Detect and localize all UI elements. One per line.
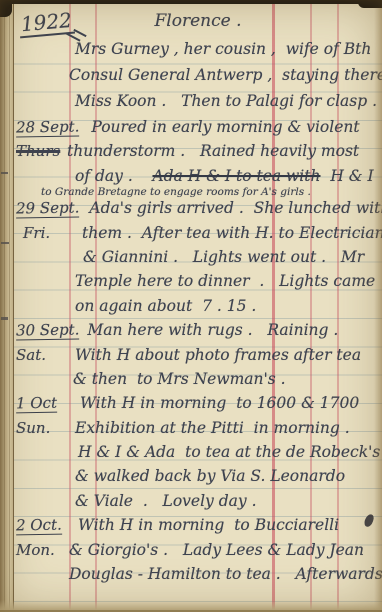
day-label: Mon.	[13, 541, 75, 559]
entry-text: H & I & Ada to tea at the de Robeck's	[78, 443, 380, 461]
entry-line: & then to Mrs Newman's .	[13, 370, 379, 394]
margin-mark	[1, 242, 9, 244]
year-flourish	[73, 29, 86, 37]
inserted-note: to Grande Bretagne to engage rooms for A…	[41, 186, 379, 199]
entry-line: Sat. With H about photo frames after tea	[13, 346, 379, 370]
entry-line: 2 Oct. With H in morning to Bucciarelli	[13, 516, 379, 540]
entry-text: of day . Ada H & I to tea with H & I	[75, 167, 374, 185]
margin-mark	[1, 317, 8, 320]
handwritten-content: 1922 Florence . Mrs Gurney , her cousin …	[13, 6, 379, 589]
entry-line: Mon. & Giorgio's . Lady Lees & Lady Jean	[13, 541, 379, 565]
entry-text: on again about 7 . 15 .	[75, 297, 256, 315]
entry-line: 28 Sept. Poured in early morning & viole…	[13, 118, 379, 142]
entry-line: on again about 7 . 15 .	[13, 297, 379, 321]
entry-text: them . After tea with H. to Electrician	[82, 224, 382, 242]
intro-line: Consul General Antwerp , staying there .	[13, 66, 379, 92]
day-label: Fri.	[13, 224, 82, 242]
page-edge-right	[374, 0, 382, 612]
intro-line: Miss Koon . Then to Palagi for clasp .	[13, 92, 379, 118]
intro-text: Miss Koon . Then to Palagi for clasp .	[75, 92, 377, 110]
entry-text: thunderstorm . Rained heavily most	[67, 142, 359, 160]
notebook-spine	[0, 0, 14, 612]
intro-text: Mrs Gurney , her cousin , wife of Bth	[75, 40, 371, 58]
page-edge-bottom	[0, 600, 382, 612]
entry-text: & then to Mrs Newman's .	[73, 370, 286, 388]
intro-text: Consul General Antwerp , staying there .	[69, 66, 382, 84]
entry-line: H & I & Ada to tea at the de Robeck's	[13, 443, 379, 467]
page-header: 1922 Florence .	[13, 6, 379, 40]
entry-text: Exhibition at the Pitti in morning .	[75, 419, 350, 437]
entry-text: Douglas - Hamilton to tea . Afterwards	[69, 565, 382, 583]
entry-text: Man here with rugs . Raining .	[87, 321, 338, 339]
strikethrough-text: Ada H & I to tea with	[152, 167, 320, 185]
day-label: Sun.	[13, 419, 75, 437]
entry-text: & Giorgio's . Lady Lees & Lady Jean	[69, 541, 364, 559]
entry-line: & Viale . Lovely day .	[13, 492, 379, 516]
entry-text: & Viale . Lovely day .	[75, 492, 257, 510]
margin-mark	[1, 172, 8, 174]
entry-text: With H in morning to 1600 & 1700	[80, 394, 359, 412]
entry-text: With H about photo frames after tea	[75, 346, 361, 364]
page-title: Florence .	[133, 11, 263, 31]
date-label: 1 Oct	[13, 394, 75, 413]
entry-line: 30 Sept. Man here with rugs . Raining .	[13, 321, 379, 345]
text-segment: of day .	[75, 167, 152, 185]
intro-line: Mrs Gurney , her cousin , wife of Bth	[13, 40, 379, 66]
diary-page-scan: 1922 Florence . Mrs Gurney , her cousin …	[0, 0, 382, 612]
entry-line: 1 Oct With H in morning to 1600 & 1700	[13, 394, 379, 418]
entry-line: Sun. Exhibition at the Pitti in morning …	[13, 419, 379, 443]
entry-text: & walked back by Via S. Leonardo	[75, 467, 345, 485]
date-label: 28 Sept.	[13, 118, 79, 137]
entry-line: 29 Sept. Ada's girls arrived . She lunch…	[13, 199, 379, 223]
day-label: Thurs	[13, 142, 75, 160]
entry-line: & walked back by Via S. Leonardo	[13, 467, 379, 491]
entry-line: Fri. them . After tea with H. to Electri…	[13, 224, 379, 248]
entry-line: Temple here to dinner . Lights came	[13, 272, 379, 296]
date-label: 2 Oct.	[13, 516, 75, 535]
text-segment: H & I	[320, 167, 373, 185]
date-label: 29 Sept.	[13, 199, 79, 218]
entry-text: With H in morning to Bucciarelli	[78, 516, 339, 534]
entry-line: Thurs thunderstorm . Rained heavily most	[13, 142, 379, 166]
entry-text: & Giannini . Lights went out . Mr	[83, 248, 364, 266]
entry-line: & Giannini . Lights went out . Mr	[13, 248, 379, 272]
entry-text: Poured in early morning & violent	[91, 118, 359, 136]
page-corner-top-left	[0, 0, 12, 17]
entry-line: Douglas - Hamilton to tea . Afterwards	[13, 565, 379, 589]
entry-text: Temple here to dinner . Lights came	[75, 272, 375, 290]
page-corner-top-right	[358, 0, 382, 8]
entry-text: Ada's girls arrived . She lunched with	[89, 199, 382, 217]
date-label: 30 Sept.	[13, 321, 79, 340]
page-edge-top	[0, 0, 382, 4]
day-label: Sat.	[13, 346, 75, 364]
